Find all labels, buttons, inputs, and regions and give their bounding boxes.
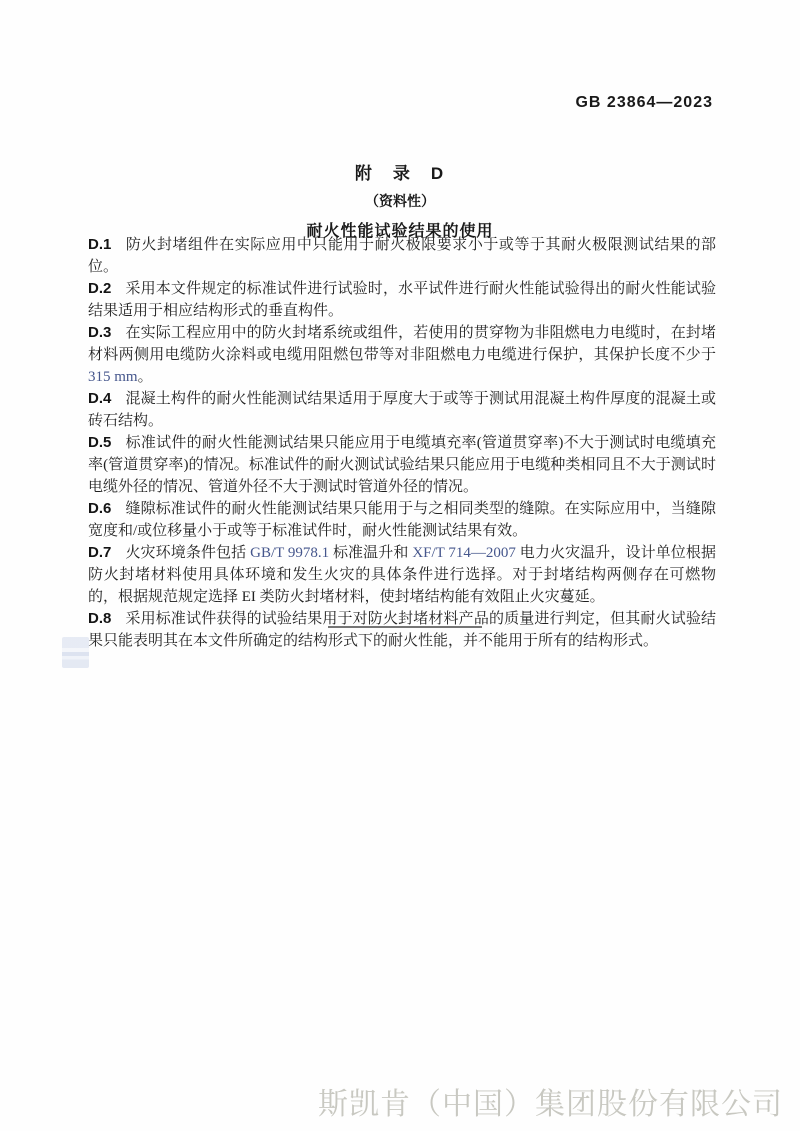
clause-text: 。 [138,369,153,385]
standard-reference: GB/T 9978.1 [250,545,329,561]
clause-d1: D.1防火封堵组件在实际应用中只能用于耐火极限要求小于或等于其耐火极限测试结果的… [88,234,716,278]
clause-text: 缝隙标准试件的耐火性能测试结果只能用于与之相同类型的缝隙。在实际应用中，当缝隙宽… [88,501,716,539]
measurement-value: 315 mm [88,369,138,385]
clause-text: 标准温升和 [329,545,412,561]
standard-reference: XF/T 714—2007 [412,545,516,561]
clause-label: D.7 [88,544,111,561]
clause-text: 混凝土构件的耐火性能测试结果适用于厚度大于或等于测试用混凝土构件厚度的混凝土或砖… [88,391,716,429]
watermark-logo [62,637,89,668]
clause-label: D.6 [88,500,111,517]
appendix-title-block: 附 录 D （资料性） 耐火性能试验结果的使用 [0,159,800,241]
clause-text: 在实际工程应用中的防火封堵系统或组件，若使用的贯穿物为非阻燃电力电缆时，在封堵材… [88,325,716,363]
clause-list: D.1防火封堵组件在实际应用中只能用于耐火极限要求小于或等于其耐火极限测试结果的… [88,234,716,652]
clause-label: D.1 [88,236,111,253]
clause-text: 采用本文件规定的标准试件进行试验时，水平试件进行耐火性能试验得出的耐火性能试验结… [88,281,716,319]
clause-d5: D.5标准试件的耐火性能测试结果只能应用于电缆填充率(管道贯穿率)不大于测试时电… [88,432,716,498]
clause-text: 火灾环境条件包括 [125,545,250,561]
clause-label: D.5 [88,434,111,451]
clause-text: 防火封堵组件在实际应用中只能用于耐火极限要求小于或等于其耐火极限测试结果的部位。 [88,237,716,275]
clause-text: 采用标准试件获得的试验结果用于对防火封堵材料产品的质量进行判定，但其耐火试验结果… [88,611,716,649]
clause-d7: D.7火灾环境条件包括 GB/T 9978.1 标准温升和 XF/T 714—2… [88,542,716,608]
clause-label: D.2 [88,280,111,297]
appendix-type: （资料性） [0,191,800,211]
company-watermark-text: 斯凯肯（中国）集团股份有限公司 [318,1079,783,1123]
clause-d3: D.3在实际工程应用中的防火封堵系统或组件，若使用的贯穿物为非阻燃电力电缆时，在… [88,322,716,388]
section-divider-line [328,626,482,628]
clause-label: D.4 [88,390,111,407]
clause-label: D.8 [88,610,111,627]
clause-d4: D.4混凝土构件的耐火性能测试结果适用于厚度大于或等于测试用混凝土构件厚度的混凝… [88,388,716,432]
clause-text: 标准试件的耐火性能测试结果只能应用于电缆填充率(管道贯穿率)不大于测试时电缆填充… [88,435,716,495]
clause-d6: D.6缝隙标准试件的耐火性能测试结果只能用于与之相同类型的缝隙。在实际应用中，当… [88,498,716,542]
appendix-heading: 附 录 D [0,159,800,184]
standard-number: GB 23864—2023 [575,94,713,112]
clause-label: D.3 [88,324,111,341]
clause-d2: D.2采用本文件规定的标准试件进行试验时，水平试件进行耐火性能试验得出的耐火性能… [88,278,716,322]
clause-d8: D.8采用标准试件获得的试验结果用于对防火封堵材料产品的质量进行判定，但其耐火试… [88,608,716,652]
document-page: GB 23864—2023 附 录 D （资料性） 耐火性能试验结果的使用 D.… [0,0,800,1131]
